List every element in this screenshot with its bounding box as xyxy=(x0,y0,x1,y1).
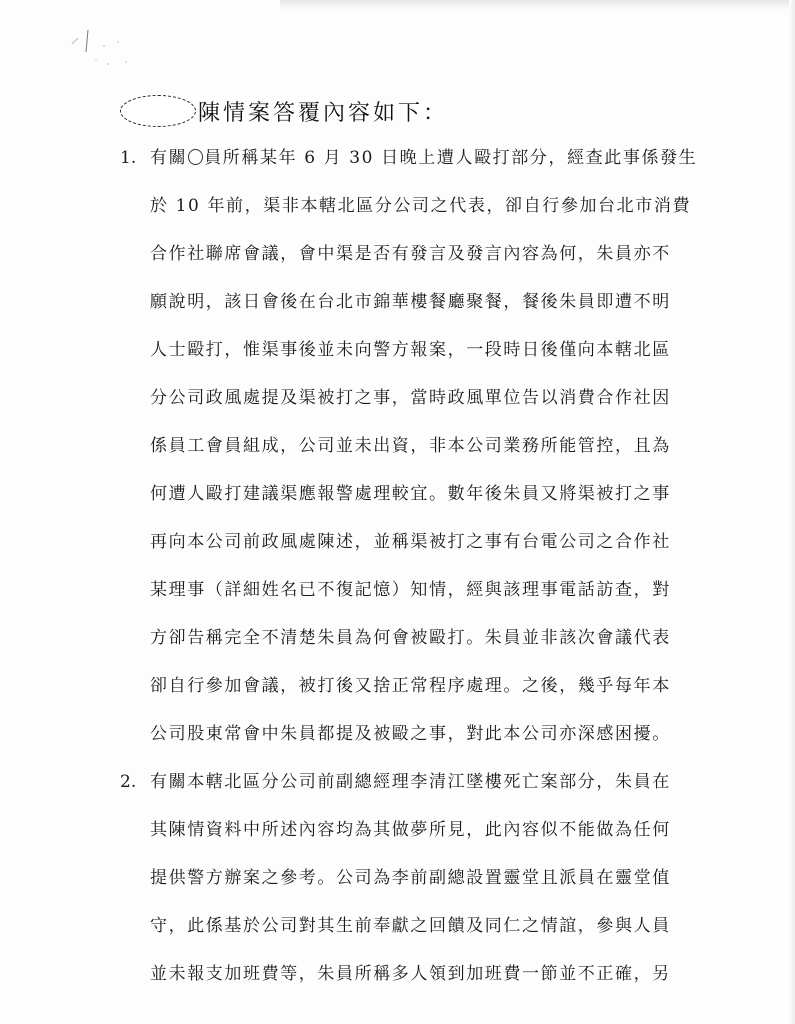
paragraph-line: 分公司政風處提及渠被打之事，當時政風單位告以消費合作社因 xyxy=(150,386,670,410)
paragraph-line: 於 10 年前，渠非本轄北區分公司之代表，卻自行參加台北市消費 xyxy=(150,194,670,218)
paragraph-line: 合作社聯席會議，會中渠是否有發言及發言內容為何，朱員亦不 xyxy=(150,242,670,266)
title-text: 陳情案答覆內容如下： xyxy=(198,96,448,127)
page-edge xyxy=(789,0,795,1024)
line-rest: 員所稱某年 6 月 30 日晚上遭人毆打部分，經查此事係發生 xyxy=(204,148,697,168)
paragraph-line: 願說明，該日會後在台北市錦華樓餐廳聚餐，餐後朱員即遭不明 xyxy=(150,290,670,314)
paragraph-line: 公司股東常會中朱員都提及被毆之事，對此本公司亦深感困擾。 xyxy=(150,722,670,746)
paragraph-line: 某理事（詳細姓名已不復記憶）知情，經與該理事電話訪查，對 xyxy=(150,578,670,602)
scan-shadow xyxy=(280,0,795,10)
paragraph-line: 卻自行參加會議，被打後又捨正常程序處理。之後，幾乎每年本 xyxy=(150,674,670,698)
redaction-mini-oval xyxy=(188,149,203,165)
redaction-oval xyxy=(120,95,196,127)
paragraph-line: 再向本公司前政風處陳述，並稱渠被打之事有台電公司之合作社 xyxy=(150,530,670,554)
paragraph-line: 並未報支加班費等，朱員所稱多人領到加班費一節並不正確，另 xyxy=(150,962,670,986)
item-number: 2. xyxy=(120,770,136,794)
scan-mark-icon xyxy=(48,20,148,80)
item-number: 1. xyxy=(120,146,136,170)
paragraph-line: 有關本轄北區分公司前副總經理李清江墜樓死亡案部分，朱員在 xyxy=(150,770,670,794)
paragraph-line: 守，此係基於公司對其生前奉獻之回饋及同仁之情誼，參與人員 xyxy=(150,914,670,938)
paragraph-line: 有關員所稱某年 6 月 30 日晚上遭人毆打部分，經查此事係發生 xyxy=(150,146,670,170)
document-title: 陳情案答覆內容如下： xyxy=(120,93,448,129)
paragraph-line: 何遭人毆打建議渠應報警處理較宜。數年後朱員又將渠被打之事 xyxy=(150,482,670,506)
line-prefix: 有關 xyxy=(150,148,187,168)
paragraph-line: 係員工會員組成，公司並未出資，非本公司業務所能管控，且為 xyxy=(150,434,670,458)
paragraph-line: 提供警方辦案之參考。公司為李前副總設置靈堂且派員在靈堂值 xyxy=(150,866,670,890)
paragraph-line: 人士毆打，惟渠事後並未向警方報案，一段時日後僅向本轄北區 xyxy=(150,338,670,362)
paragraph-line: 其陳情資料中所述內容均為其做夢所見，此內容似不能做為任何 xyxy=(150,818,670,842)
paragraph-line: 方卻告稱完全不清楚朱員為何會被毆打。朱員並非該次會議代表 xyxy=(150,626,670,650)
